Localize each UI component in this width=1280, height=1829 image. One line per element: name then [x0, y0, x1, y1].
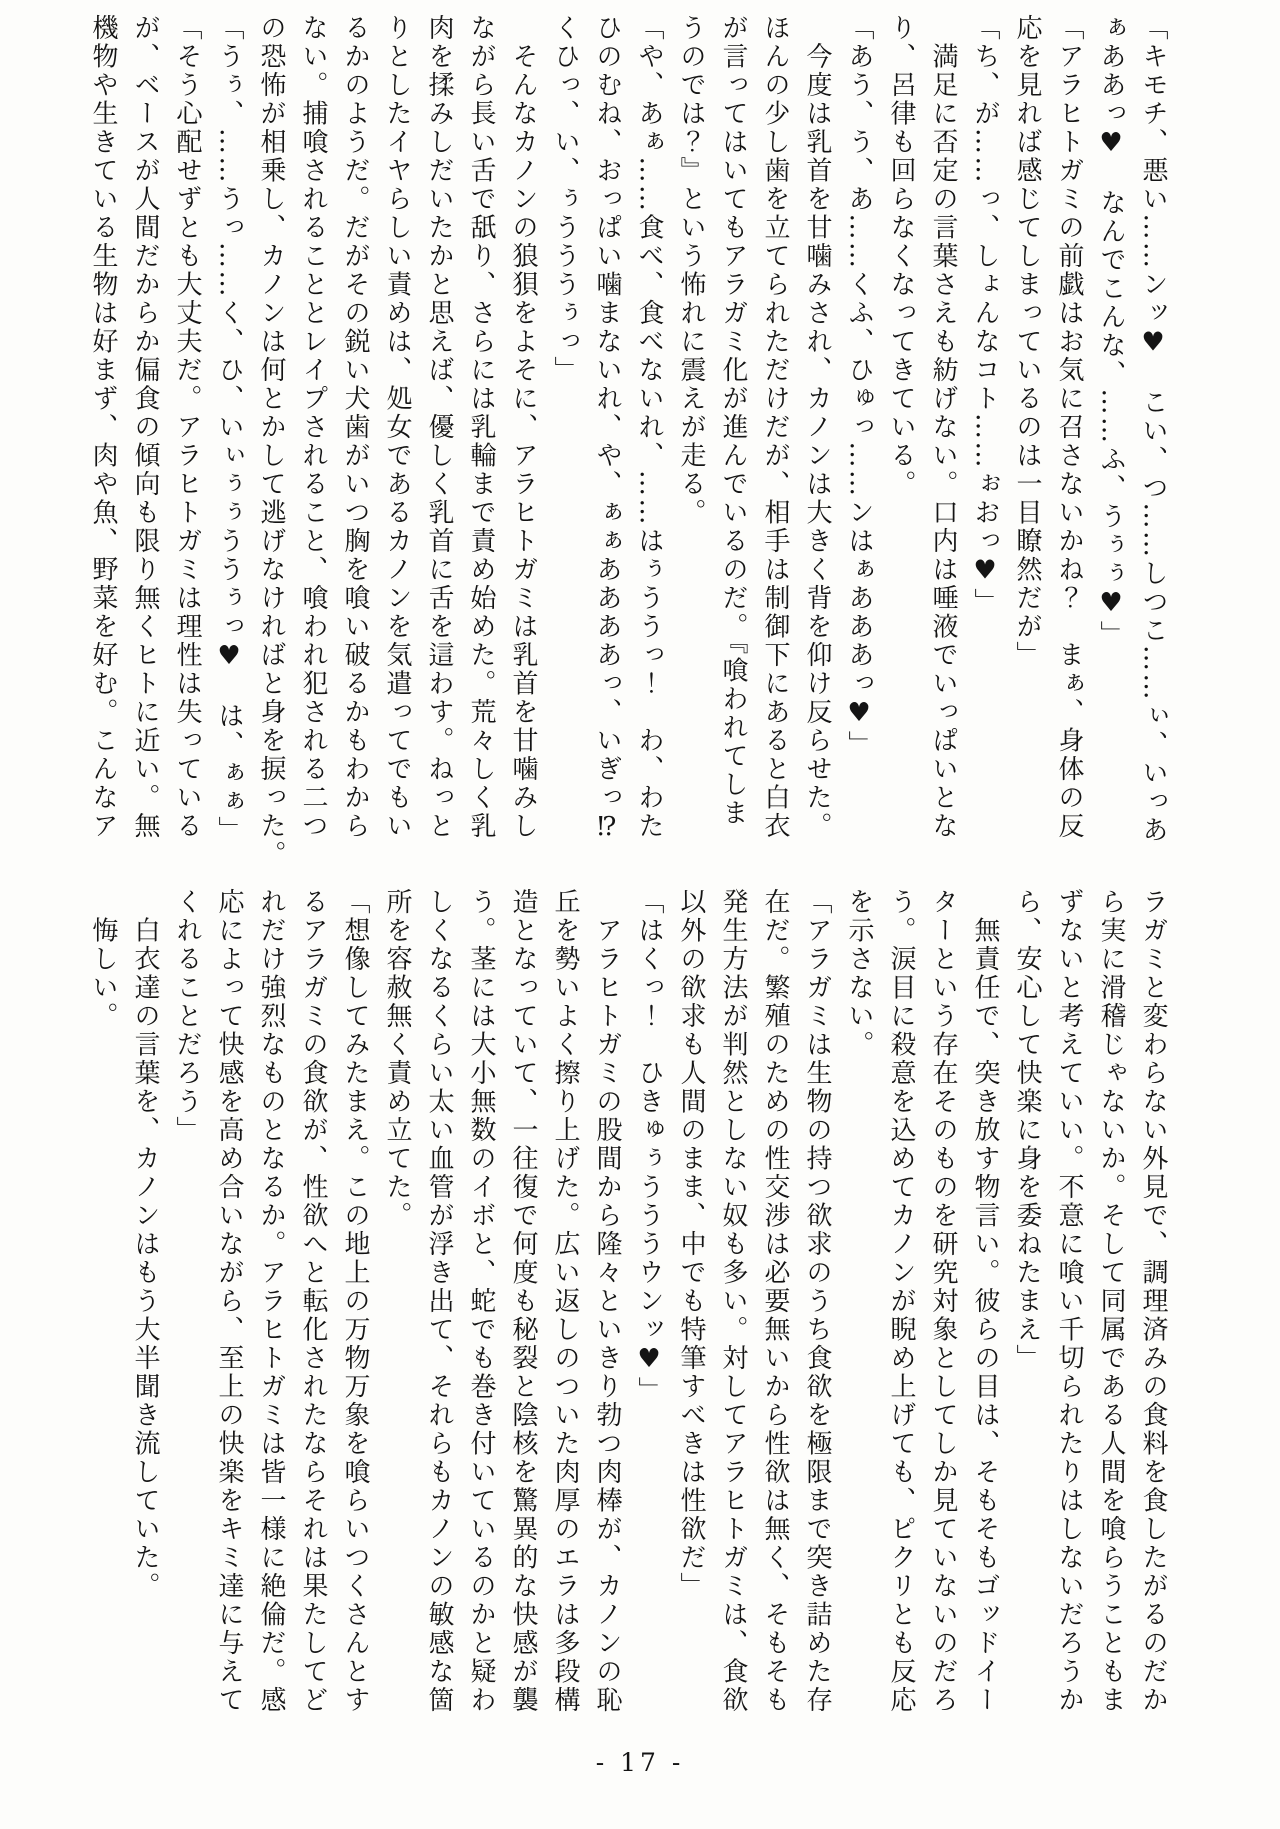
- text-column: るアラガミの食欲が、性欲へと転化されたならそれは果たしてど: [292, 888, 334, 1744]
- text-column: くれることだろう」: [166, 888, 208, 1744]
- text-column: 「や、あぁ……食べ、食べないれ、……はぅううっ！ わ、わた: [628, 14, 670, 874]
- document-page: 「キモチ、悪い……ンッ♥ こい、つ……しつこ……ぃ、いっあぁああっ♥ なんでこん…: [0, 0, 1280, 1829]
- text-column: う。茎には大小無数のイボと、蛇でも巻き付いているのかと疑わ: [460, 888, 502, 1744]
- text-column: 「はくっ！ ひきゅぅうううウンッ♥」: [628, 888, 670, 1744]
- text-column: 発生方法が判然としない奴も多い。対してアラヒトガミは、食欲: [712, 888, 754, 1744]
- text-column: 無責任で、突き放す物言い。彼らの目は、そもそもゴッドイー: [964, 888, 1006, 1744]
- text-column: ら実に滑稽じゃないか。そして同属である人間を喰らうこともま: [1090, 888, 1132, 1744]
- text-column: 在だ。繁殖のための性交渉は必要無いから性欲は無く、そもそも: [754, 888, 796, 1744]
- text-column: を示さない。: [838, 888, 880, 1744]
- text-column: が、ベースが人間だからか偏食の傾向も限り無くヒトに近い。無: [124, 14, 166, 874]
- text-column: 白衣達の言葉を、カノンはもう大半聞き流していた。: [124, 888, 166, 1744]
- text-column: 「そう心配せずとも大丈夫だ。アラヒトガミは理性は失っている: [166, 14, 208, 874]
- text-column: 「あう、う、あ……くふ、ひゅっ……ンはぁあああっ♥」: [838, 14, 880, 874]
- text-column: うのでは？』という怖れに震えが走る。: [670, 14, 712, 874]
- text-column: るかのようだ。だがその鋭い犬歯がいつ胸を喰い破るかもわから: [334, 14, 376, 874]
- text-column: れだけ強烈なものとなるか。アラヒトガミは皆一様に絶倫だ。感: [250, 888, 292, 1744]
- text-column: 悔しい。: [82, 888, 124, 1744]
- text-column: 「キモチ、悪い……ンッ♥ こい、つ……しつこ……ぃ、いっあ: [1132, 14, 1174, 874]
- text-column: ずないと考えていい。不意に喰い千切られたりはしないだろうか: [1048, 888, 1090, 1744]
- text-column: 応によって快感を高め合いながら、至上の快楽をキミ達に与えて: [208, 888, 250, 1744]
- text-column: 応を見れば感じてしまっているのは一目瞭然だが」: [1006, 14, 1048, 874]
- text-column: くひっ、い、ぅうううぅっ」: [544, 14, 586, 874]
- text-column: ひのむね、おっぱい噛まないれ、や、ぁぁああああっ、いぎっ⁉: [586, 14, 628, 874]
- text-block-bottom: ラガミと変わらない外見で、調理済みの食料を食したがるのだから実に滑稽じゃないか。…: [80, 888, 1174, 1744]
- text-column: ない。捕喰されることとレイプされること、喰われ犯される二つ: [292, 14, 334, 874]
- text-column: り、呂律も回らなくなってきている。: [880, 14, 922, 874]
- text-column: 肉を揉みしだいたかと思えば、優しく乳首に舌を這わす。ねっと: [418, 14, 460, 874]
- text-column: 「アラヒトガミの前戯はお気に召さないかね？ まぁ、身体の反: [1048, 14, 1090, 874]
- text-column: 「ち、が……っ、しょんなコト……ぉおっ♥」: [964, 14, 1006, 874]
- text-column: 丘を勢いよく擦り上げた。広い返しのついた肉厚のエラは多段構: [544, 888, 586, 1744]
- text-column: ながら長い舌で舐り、さらには乳輪まで責め始めた。荒々しく乳: [460, 14, 502, 874]
- text-column: ほんの少し歯を立てられただけだが、相手は制御下にあると白衣: [754, 14, 796, 874]
- page-number: - 17 -: [0, 1748, 1280, 1777]
- text-column: アラヒトガミの股間から隆々といきり勃つ肉棒が、カノンの恥: [586, 888, 628, 1744]
- text-column: う。涙目に殺意を込めてカノンが睨め上げても、ピクリとも反応: [880, 888, 922, 1744]
- text-column: ターという存在そのものを研究対象としてしか見ていないのだろ: [922, 888, 964, 1744]
- text-column: 満足に否定の言葉さえも紡げない。口内は唾液でいっぱいとな: [922, 14, 964, 874]
- text-column: りとしたイヤらしい責めは、処女であるカノンを気遣ってでもい: [376, 14, 418, 874]
- text-column: ぁああっ♥ なんでこんな、……ふ、うぅぅ♥」: [1090, 14, 1132, 874]
- text-column: 「アラガミは生物の持つ欲求のうち食欲を極限まで突き詰めた存: [796, 888, 838, 1744]
- text-column: 「うぅ、……うっ……く、ひ、いぃぅぅううぅっ♥ は、ぁぁ」: [208, 14, 250, 874]
- text-column: そんなカノンの狼狽をよそに、アラヒトガミは乳首を甘噛みし: [502, 14, 544, 874]
- text-column: 「想像してみたまえ。この地上の万物万象を喰らいつくさんとす: [334, 888, 376, 1744]
- text-column: の恐怖が相乗し、カノンは何とかして逃げなければと身を捩った。: [250, 14, 292, 874]
- text-column: 以外の欲求も人間のまま、中でも特筆すべきは性欲だ」: [670, 888, 712, 1744]
- text-column: しくなるくらい太い血管が浮き出て、それらもカノンの敏感な箇: [418, 888, 460, 1744]
- text-column: 造となっていて、一往復で何度も秘裂と陰核を驚異的な快感が襲: [502, 888, 544, 1744]
- text-column: ら、安心して快楽に身を委ねたまえ」: [1006, 888, 1048, 1744]
- text-column: 機物や生きている生物は好まず、肉や魚、野菜を好む。こんなア: [82, 14, 124, 874]
- text-column: 所を容赦無く責め立てた。: [376, 888, 418, 1744]
- text-column: 今度は乳首を甘噛みされ、カノンは大きく背を仰け反らせた。: [796, 14, 838, 874]
- text-block-top: 「キモチ、悪い……ンッ♥ こい、つ……しつこ……ぃ、いっあぁああっ♥ なんでこん…: [80, 14, 1174, 874]
- text-column: ラガミと変わらない外見で、調理済みの食料を食したがるのだか: [1132, 888, 1174, 1744]
- text-column: が言ってはいてもアラガミ化が進んでいるのだ。『喰われてしま: [712, 14, 754, 874]
